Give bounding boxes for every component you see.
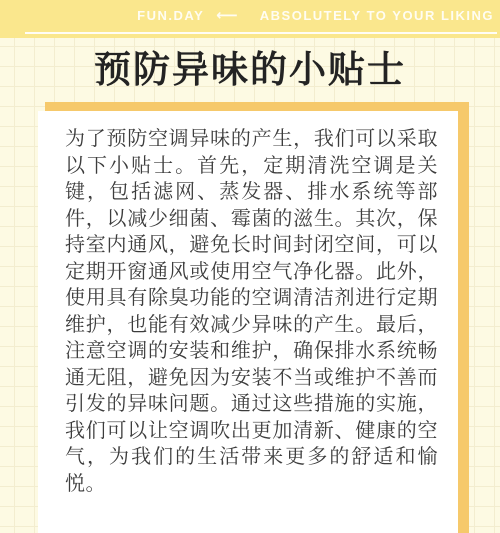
tips-card: 为了预防空调异味的产生，我们可以采取以下小贴士。首先，定期清洗空调是关键，包括滤… — [38, 111, 458, 533]
tagline-text: ABSOLUTELY TO YOUR LIKING — [260, 8, 494, 23]
tips-paragraph: 为了预防空调异味的产生，我们可以采取以下小贴士。首先，定期清洗空调是关键，包括滤… — [65, 126, 438, 497]
left-arrow-icon: ⟵ — [216, 8, 238, 23]
header-divider — [25, 32, 497, 34]
page-title: 预防异味的小贴士 — [0, 50, 500, 91]
brand-text: FUN.DAY — [137, 8, 204, 23]
